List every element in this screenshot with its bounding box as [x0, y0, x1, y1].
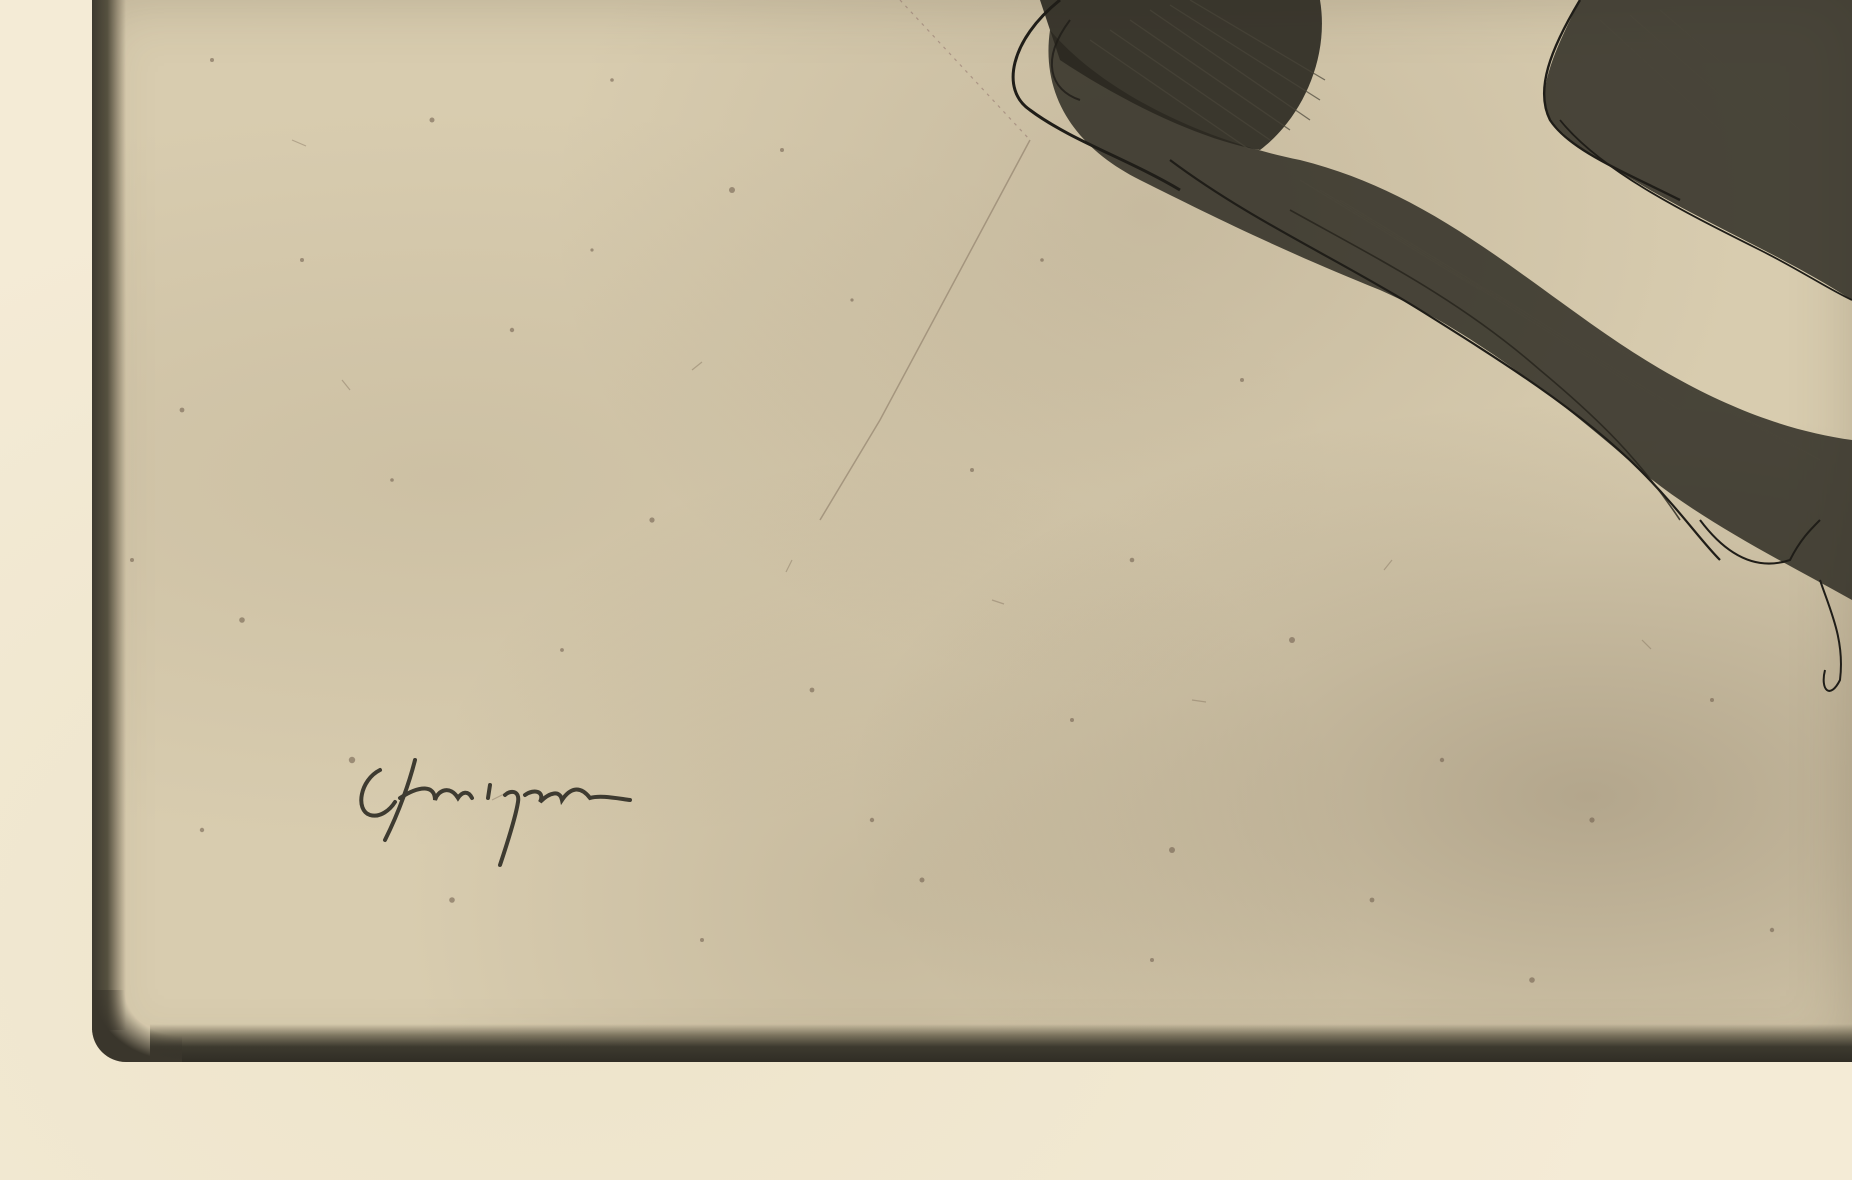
artist-signature: Chrisyan [340, 740, 660, 880]
etched-figure-strokes [0, 0, 1852, 1180]
signature-text: Chrisyan [340, 740, 345, 741]
